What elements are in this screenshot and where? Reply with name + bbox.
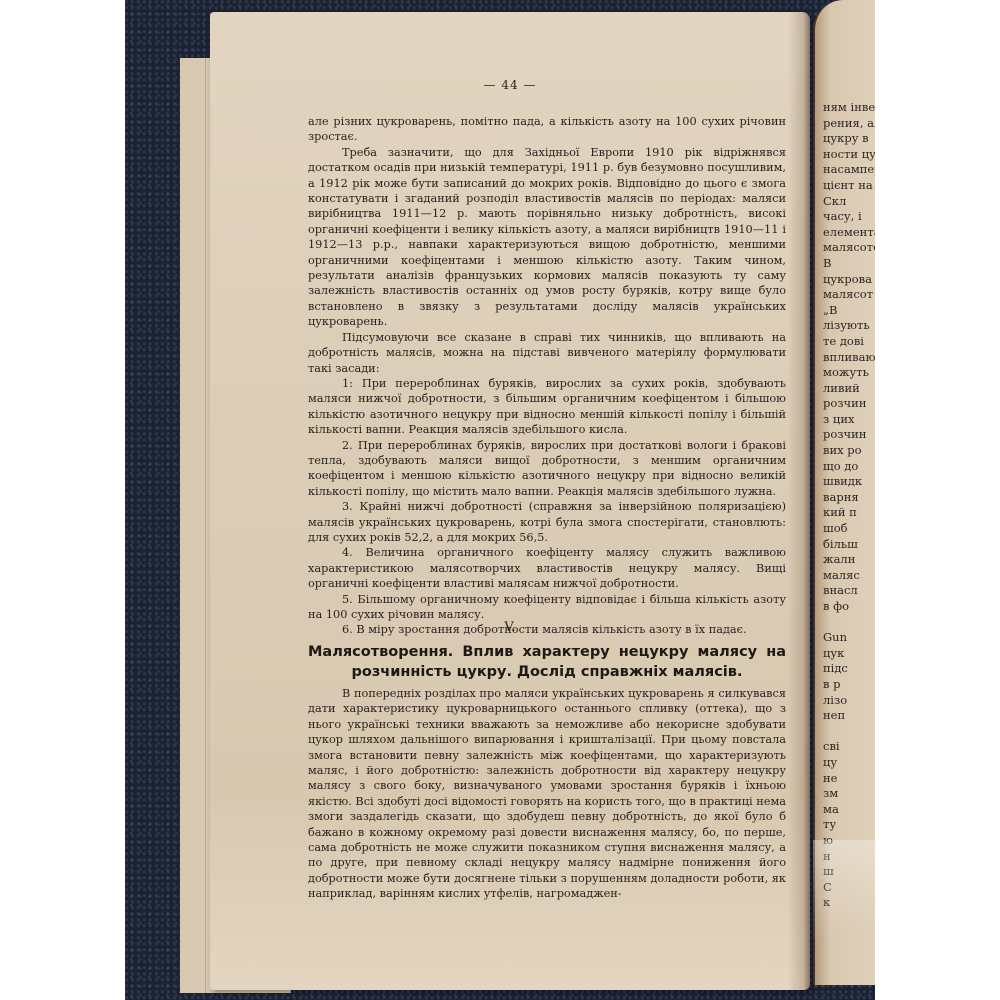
facing-page-line: малясоте — [815, 240, 875, 256]
conclusion-item: 5. Більшому органичному коефіценту відпо… — [308, 592, 786, 623]
facing-page-line: ливий — [815, 381, 875, 397]
facing-page-line — [815, 724, 875, 740]
section-title: Малясотворення. Вплив характеру нецукру … — [308, 642, 786, 682]
conclusion-item: 4. Величина органичного коефіценту маляс… — [308, 545, 786, 591]
facing-page-line: вих ро — [815, 443, 875, 459]
facing-page-line: елемента — [815, 225, 875, 241]
facing-page-line: внасл — [815, 583, 875, 599]
facing-page-line: варня — [815, 490, 875, 506]
facing-page-line: часу, і — [815, 209, 875, 225]
facing-page-line: цукру в — [815, 131, 875, 147]
facing-page-line: рения, ал — [815, 116, 875, 132]
paragraph: Треба зазначити, що для Західньої Европи… — [308, 145, 786, 330]
facing-page-line: зм — [815, 786, 875, 802]
facing-page-line: цу — [815, 755, 875, 771]
facing-page-line: Скл — [815, 194, 875, 210]
facing-page-line: маляс — [815, 568, 875, 584]
page-text: але різних цукроварень, помітно пада, а … — [308, 114, 786, 638]
conclusion-item: 3. Крайні нижчі добротності (справжня за… — [308, 499, 786, 545]
paragraph: але різних цукроварень, помітно пада, а … — [308, 114, 786, 145]
facing-page-line: що до — [815, 459, 875, 475]
facing-page-line: швидк — [815, 474, 875, 490]
facing-page-line: ности цу — [815, 147, 875, 163]
facing-page-line: малясот — [815, 287, 875, 303]
page-number: — 44 — — [210, 78, 810, 92]
facing-page-line: цукрова — [815, 272, 875, 288]
facing-page-line: можуть — [815, 365, 875, 381]
facing-page-line: В — [815, 256, 875, 272]
facing-page-line: насампер — [815, 162, 875, 178]
facing-page-line: лізо — [815, 693, 875, 709]
facing-page-text: ням інверрения, алцукру вности цунасампе… — [815, 0, 875, 911]
facing-page-line: не — [815, 771, 875, 787]
paragraph: Підсумовуючи все сказане в справі тих чи… — [308, 330, 786, 376]
facing-page-line: ма — [815, 802, 875, 818]
page-crease — [813, 840, 875, 990]
spine-shadow — [788, 12, 810, 990]
left-page: — 44 — але різних цукроварень, помітно п… — [210, 12, 810, 990]
conclusion-item: 2. При перероблинах буряків, вирослих пр… — [308, 438, 786, 500]
facing-page-line: Gun — [815, 630, 875, 646]
facing-page-line: впливаю — [815, 350, 875, 366]
facing-page-line: лізують — [815, 318, 875, 334]
facing-page-line: те дові — [815, 334, 875, 350]
facing-page-line: підс — [815, 661, 875, 677]
facing-page-line: шоб — [815, 521, 875, 537]
facing-page-line: ням інвер — [815, 100, 875, 116]
facing-page-line: цук — [815, 646, 875, 662]
facing-page-line: в р — [815, 677, 875, 693]
fold-line — [205, 58, 206, 993]
facing-page-line: в фо — [815, 599, 875, 615]
facing-page-line: жалн — [815, 552, 875, 568]
facing-page-line: ту — [815, 817, 875, 833]
facing-page-line: розчин — [815, 396, 875, 412]
book-photo: — 44 — але різних цукроварень, помітно п… — [125, 0, 875, 1000]
section-number: V. — [210, 620, 810, 635]
facing-page-line: більш — [815, 537, 875, 553]
facing-page-line: сві — [815, 739, 875, 755]
facing-page: ням інверрения, алцукру вности цунасампе… — [813, 0, 875, 985]
conclusion-item: 1: При перероблинах буряків, вирослих за… — [308, 376, 786, 438]
facing-page-line: кий п — [815, 505, 875, 521]
facing-page-line: „В — [815, 303, 875, 319]
paragraph: В попередніх розділах про маляси українс… — [308, 686, 786, 902]
facing-page-line: розчин — [815, 427, 875, 443]
facing-page-line: неп — [815, 708, 875, 724]
facing-page-line: цієнт на — [815, 178, 875, 194]
facing-page-line: з цих — [815, 412, 875, 428]
facing-page-line — [815, 615, 875, 631]
section-body: В попередніх розділах про маляси українс… — [308, 686, 786, 902]
